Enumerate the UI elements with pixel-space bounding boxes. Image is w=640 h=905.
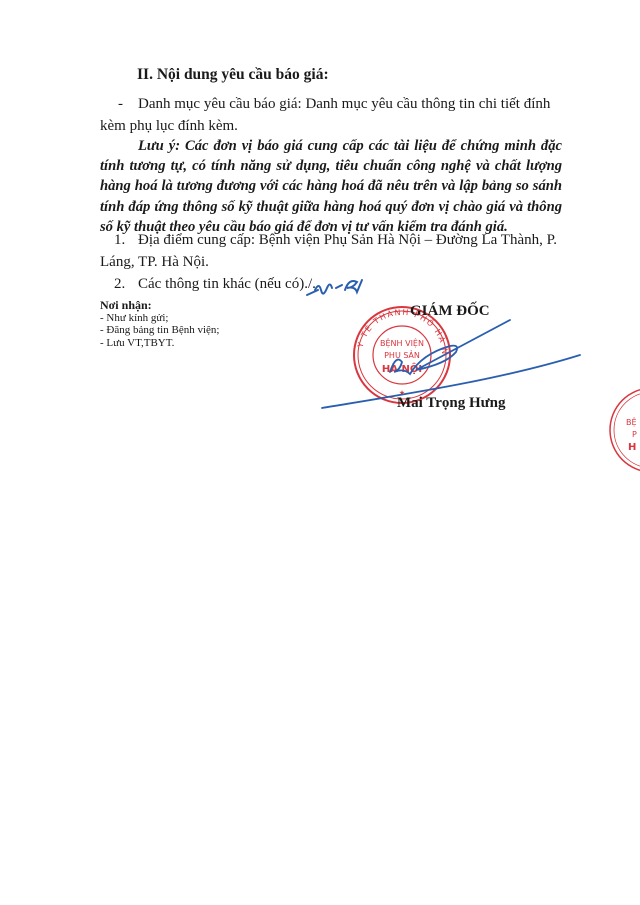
initials-signature-icon [307, 280, 362, 295]
svg-text:H: H [628, 442, 636, 453]
stamp-outer-text: SỞ Y TẾ THÀNH PHỐ HÀ NỘI [0, 0, 449, 356]
svg-text:BỆ: BỆ [626, 416, 637, 428]
signer-name: Mai Trọng Hưng [397, 395, 505, 412]
stamp-line-1: BỆNH VIỆN [380, 337, 424, 349]
director-title: GIÁM ĐỐC [410, 303, 490, 320]
stamp-line-2: PHỤ SẢN [384, 349, 420, 360]
stamp-and-signature-layer: SỞ Y TẾ THÀNH PHỐ HÀ NỘI BỆNH VIỆN PHỤ S… [0, 0, 640, 905]
svg-text:P: P [632, 430, 637, 439]
svg-text:SỞ Y TẾ THÀNH PHỐ HÀ NỘI: SỞ Y TẾ THÀNH PHỐ HÀ NỘI [0, 0, 449, 356]
